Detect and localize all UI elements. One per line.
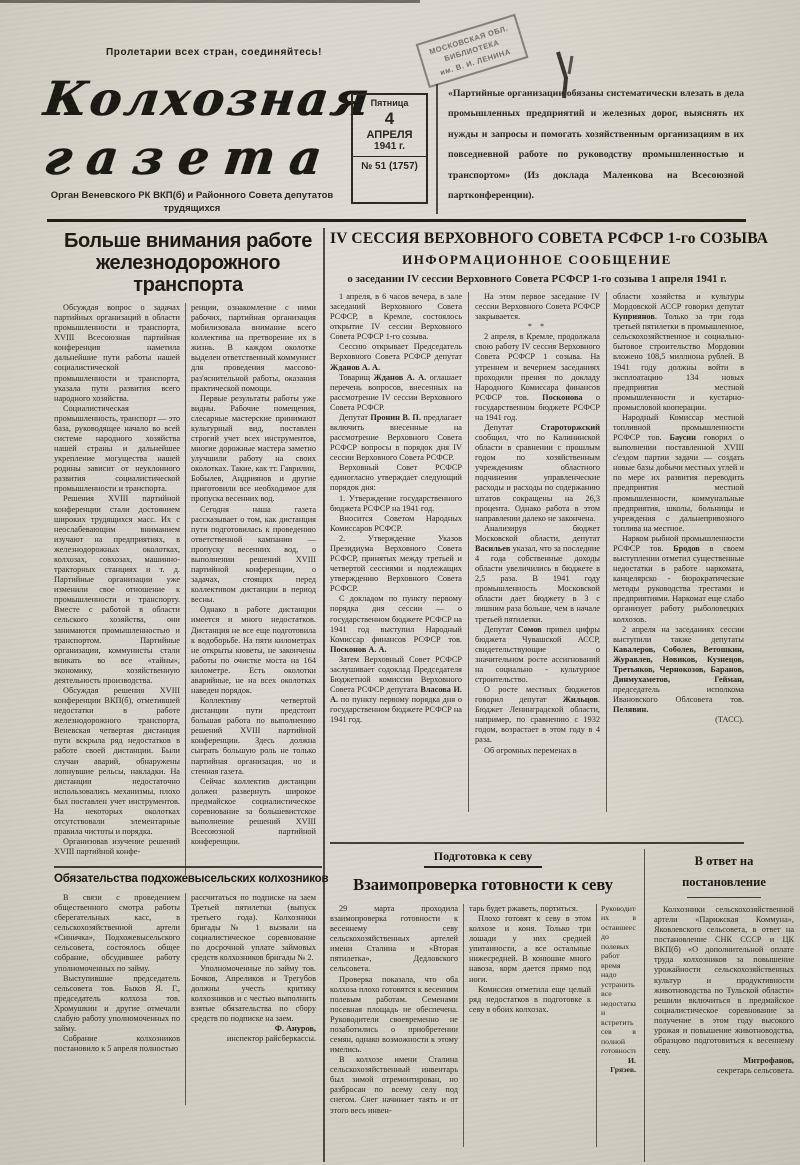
article-obligations-col-1: В связи с проведением общественного смот…	[54, 893, 185, 1105]
section-rule	[54, 866, 322, 868]
article-obligations-columns: В связи с проведением общественного смот…	[54, 893, 322, 1105]
article-sowing-check: Подготовка к севу Взаимопроверка готовно…	[330, 849, 636, 1147]
sowing-headline: Взаимопроверка готовности к севу	[330, 875, 636, 895]
sowing-col-3: Руководителям их в оставшееся до полевых…	[596, 904, 636, 1147]
library-stamp: МОСКОВСКАЯ ОБЛ. БИБЛИОТЕКА им. В. И. ЛЕН…	[416, 14, 529, 88]
issue-month: АПРЕЛЯ	[353, 129, 426, 141]
session-col-3: области хозяйства и культуры Мордовской …	[606, 292, 744, 812]
article-railway-col-1: Обсуждая вопрос о задачах партийных орга…	[54, 303, 185, 875]
response-headline-rule	[687, 897, 761, 899]
article-supreme-soviet-session: IV СЕССИЯ ВЕРХОВНОГО СОВЕТА РСФСР 1-го С…	[330, 230, 744, 812]
session-dek: о заседании IV сессии Верховного Совета …	[330, 273, 744, 285]
masthead-rule	[47, 219, 746, 222]
newspaper-title-line2: газета	[41, 130, 340, 186]
section-rule	[330, 842, 744, 844]
response-body: Колхозники сельскохозяйственной артели «…	[654, 905, 794, 1153]
scan-edge-artifact	[0, 0, 420, 3]
article-obligations: Обязательства подхожевысельских колхозни…	[54, 873, 322, 1105]
main-column-rule	[323, 228, 325, 1162]
session-col-1: 1 апреля, в 6 часов вечера, в зале засед…	[330, 292, 468, 812]
sowing-kicker: Подготовка к севу	[424, 849, 542, 868]
article-railway-columns: Обсуждая вопрос о задачах партийных орга…	[54, 303, 322, 875]
response-headline: В ответ на постановление	[654, 851, 794, 894]
article-response-to-decree: В ответ на постановление Колхозники сель…	[644, 849, 794, 1162]
issue-day: 4	[353, 109, 426, 129]
article-railway-transport: Больше внимания работе железнодорожного …	[54, 230, 322, 875]
masthead-organ-line: Орган Веневского РК ВКП(б) и Районного С…	[48, 190, 336, 216]
issue-year: 1941 г.	[353, 141, 426, 152]
quote-divider-rule	[436, 84, 438, 214]
issue-number: № 51 (1757)	[353, 156, 426, 172]
article-obligations-headline: Обязательства подхожевысельских колхозни…	[54, 873, 322, 885]
issue-weekday: Пятница	[353, 98, 426, 108]
sowing-col-2: тарь будет ржаветь, портиться.Плохо гото…	[463, 904, 596, 1147]
article-obligations-col-2: рассчитаться по подписке на заем Третьей…	[185, 893, 316, 1105]
issue-date-box: Пятница 4 АПРЕЛЯ 1941 г. № 51 (1757)	[351, 93, 428, 204]
sowing-columns: 29 марта проходила взаимопроверка готовн…	[330, 904, 636, 1147]
masthead-slogan: Пролетарии всех стран, соединяйтесь!	[106, 47, 322, 58]
newspaper-page: Пролетарии всех стран, соединяйтесь! Кол…	[0, 0, 800, 1165]
response-headline-line2: постановление	[682, 875, 766, 889]
article-railway-headline: Больше внимания работе железнодорожного …	[54, 230, 322, 296]
session-columns: 1 апреля, в 6 часов вечера, в зале засед…	[330, 292, 744, 812]
session-col-2: На этом первое заседание IV сессии Верхо…	[468, 292, 606, 812]
newspaper-title-line1: Колхозная	[41, 72, 340, 127]
response-headline-line1: В ответ на	[695, 854, 754, 868]
malenkov-quote: «Партийные организации обязаны системати…	[448, 84, 744, 206]
article-railway-col-2: ренции, ознакомление с ними рабочих, пар…	[185, 303, 316, 875]
session-subhead: ИНФОРМАЦИОННОЕ СООБЩЕНИЕ	[330, 252, 744, 268]
sowing-col-1: 29 марта проходила взаимопроверка готовн…	[330, 904, 463, 1147]
session-headline: IV СЕССИЯ ВЕРХОВНОГО СОВЕТА РСФСР 1-го С…	[330, 230, 744, 248]
